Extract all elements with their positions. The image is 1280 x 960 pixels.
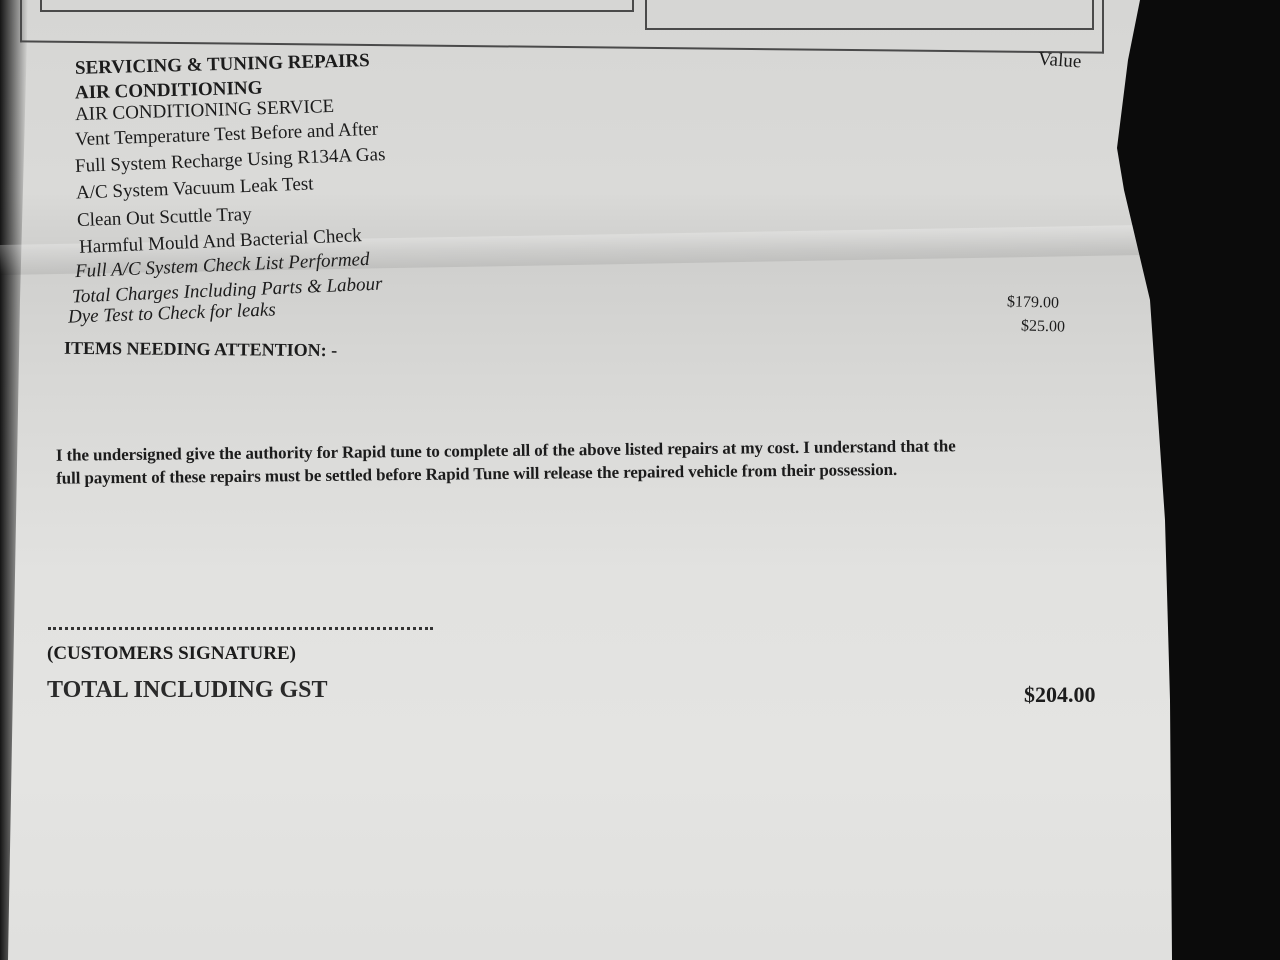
signature-line[interactable]: [48, 627, 433, 630]
total-label: TOTAL INCLUDING GST: [47, 677, 328, 704]
line-item: A/C System Vacuum Leak Test: [76, 173, 314, 204]
signature-label: (CUSTOMERS SIGNATURE): [47, 643, 296, 665]
authorization-text: I the undersigned give the authority for…: [56, 435, 956, 489]
line-item-amount: $25.00: [1021, 317, 1065, 336]
total-value: $204.00: [1024, 682, 1096, 708]
invoice-paper: SERVICING & TUNING REPAIRS AIR CONDITION…: [0, 0, 1280, 960]
paper-shadow: [0, 0, 28, 960]
section-heading: SERVICING & TUNING REPAIRS: [75, 50, 370, 80]
attention-heading: ITEMS NEEDING ATTENTION: -: [64, 338, 337, 361]
header-box-right: [645, 0, 1094, 30]
line-item-amount: $179.00: [1007, 293, 1059, 312]
line-item: Clean Out Scuttle Tray: [77, 204, 252, 232]
header-box-left: [40, 0, 634, 12]
value-column-header: Value: [1037, 49, 1082, 74]
